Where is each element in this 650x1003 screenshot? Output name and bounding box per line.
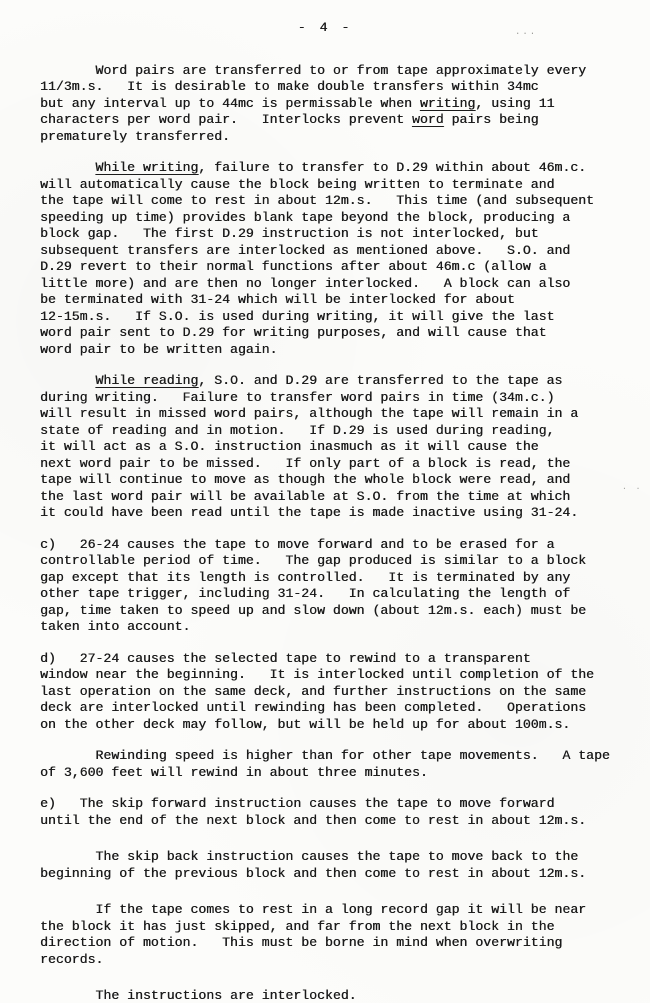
item-d: d) 27-24 causes the selected tape to rew… (40, 651, 610, 734)
paragraph-text: c) 26-24 causes the tape to move forward… (40, 537, 586, 635)
paragraph-text: If the tape comes to rest in a long reco… (40, 902, 586, 967)
item-c: c) 26-24 causes the tape to move forward… (40, 537, 610, 636)
scan-artifact: . . (622, 480, 642, 497)
scan-artifact: ... (515, 24, 537, 41)
paragraph-text: The skip back instruction causes the tap… (40, 849, 586, 881)
paragraph-indent (40, 160, 95, 175)
underlined-heading-while-reading: While reading (95, 373, 198, 388)
underlined-word-writing: writing (420, 96, 475, 111)
paragraph-skip-back: The skip back instruction causes the tap… (40, 849, 610, 882)
paragraph-text: d) 27-24 causes the selected tape to rew… (40, 651, 594, 732)
paragraph-while-writing: While writing, failure to transfer to D.… (40, 160, 610, 358)
paragraph-text: , S.O. and D.29 are transferred to the t… (40, 373, 578, 520)
paragraph-text: , failure to transfer to D.29 within abo… (40, 160, 594, 357)
paragraph-rewinding-speed: Rewinding speed is higher than for other… (40, 748, 610, 781)
paragraph-text: The instructions are interlocked. (40, 988, 357, 1003)
scanned-document-page: - 4 - Word pairs are transferred to or f… (0, 0, 650, 1003)
paragraph-text: Rewinding speed is higher than for other… (40, 748, 610, 780)
paragraph-instructions-interlocked: The instructions are interlocked. (40, 988, 610, 1003)
item-e: e) The skip forward instruction causes t… (40, 796, 610, 829)
paragraph-text: e) The skip forward instruction causes t… (40, 796, 586, 828)
paragraph-word-pairs: Word pairs are transferred to or from ta… (40, 63, 610, 146)
underlined-word-word: word (412, 112, 444, 127)
paragraph-while-reading: While reading, S.O. and D.29 are transfe… (40, 373, 610, 522)
paragraph-indent (40, 373, 95, 388)
paragraph-record-gap: If the tape comes to rest in a long reco… (40, 902, 610, 968)
underlined-heading-while-writing: While writing (95, 160, 198, 175)
